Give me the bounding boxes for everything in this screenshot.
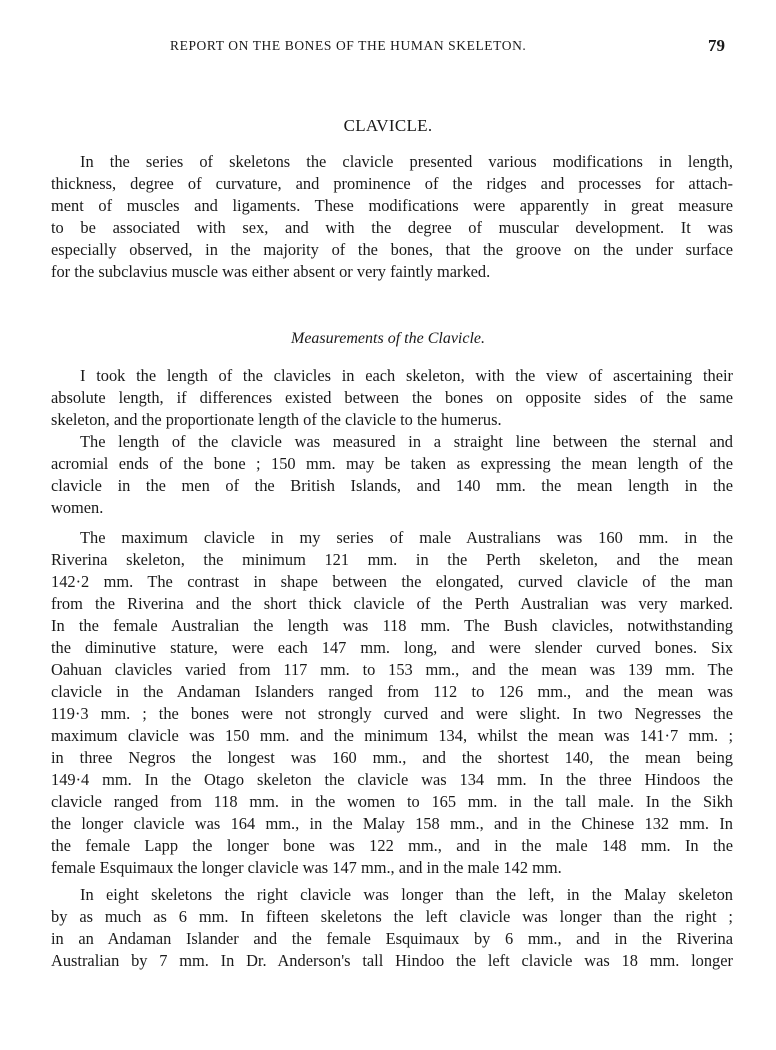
section-title: CLAVICLE.: [0, 116, 776, 136]
text-line: clavicle ranged from 118 mm. in the wome…: [51, 791, 733, 813]
text-line: clavicle in the Andaman Islanders ranged…: [51, 681, 733, 703]
text-line: by as much as 6 mm. In fifteen skeletons…: [51, 906, 733, 928]
subsection-title: Measurements of the Clavicle.: [0, 330, 776, 348]
text-line: skeleton, and the proportionate length o…: [51, 409, 733, 431]
text-line: to be associated with sex, and with the …: [51, 217, 733, 239]
text-line: In eight skeletons the right clavicle wa…: [80, 884, 733, 906]
text-line: 149·4 mm. In the Otago skeleton the clav…: [51, 769, 733, 791]
text-line: 142·2 mm. The contrast in shape between …: [51, 571, 733, 593]
text-line: the female Lapp the longer bone was 122 …: [51, 835, 733, 857]
text-line: I took the length of the clavicles in ea…: [80, 365, 733, 387]
text-line: women.: [51, 497, 733, 519]
page-number: 79: [708, 36, 725, 56]
text-line: Riverina skeleton, the minimum 121 mm. i…: [51, 549, 733, 571]
running-head: REPORT ON THE BONES OF THE HUMAN SKELETO…: [0, 38, 776, 62]
running-title: REPORT ON THE BONES OF THE HUMAN SKELETO…: [170, 38, 526, 54]
text-line: Australian by 7 mm. In Dr. Anderson's ta…: [51, 950, 733, 972]
text-line: absolute length, if differences existed …: [51, 387, 733, 409]
document-page: REPORT ON THE BONES OF THE HUMAN SKELETO…: [0, 0, 776, 1050]
text-line: ment of muscles and ligaments. These mod…: [51, 195, 733, 217]
text-line: female Esquimaux the longer clavicle was…: [51, 857, 733, 879]
text-line: especially observed, in the majority of …: [51, 239, 733, 261]
text-line: Oahuan clavicles varied from 117 mm. to …: [51, 659, 733, 681]
text-line: In the series of skeletons the clavicle …: [80, 151, 733, 173]
text-line: in three Negros the longest was 160 mm.,…: [51, 747, 733, 769]
text-line: maximum clavicle was 150 mm. and the min…: [51, 725, 733, 747]
text-line: thickness, degree of curvature, and prom…: [51, 173, 733, 195]
text-line: for the subclavius muscle was either abs…: [51, 261, 733, 283]
text-line: from the Riverina and the short thick cl…: [51, 593, 733, 615]
text-line: The maximum clavicle in my series of mal…: [80, 527, 733, 549]
text-line: the longer clavicle was 164 mm., in the …: [51, 813, 733, 835]
text-line: the diminutive stature, were each 147 mm…: [51, 637, 733, 659]
text-line: clavicle in the men of the British Islan…: [51, 475, 733, 497]
text-line: In the female Australian the length was …: [51, 615, 733, 637]
text-line: The length of the clavicle was measured …: [80, 431, 733, 453]
text-line: in an Andaman Islander and the female Es…: [51, 928, 733, 950]
text-line: 119·3 mm. ; the bones were not strongly …: [51, 703, 733, 725]
text-line: acromial ends of the bone ; 150 mm. may …: [51, 453, 733, 475]
